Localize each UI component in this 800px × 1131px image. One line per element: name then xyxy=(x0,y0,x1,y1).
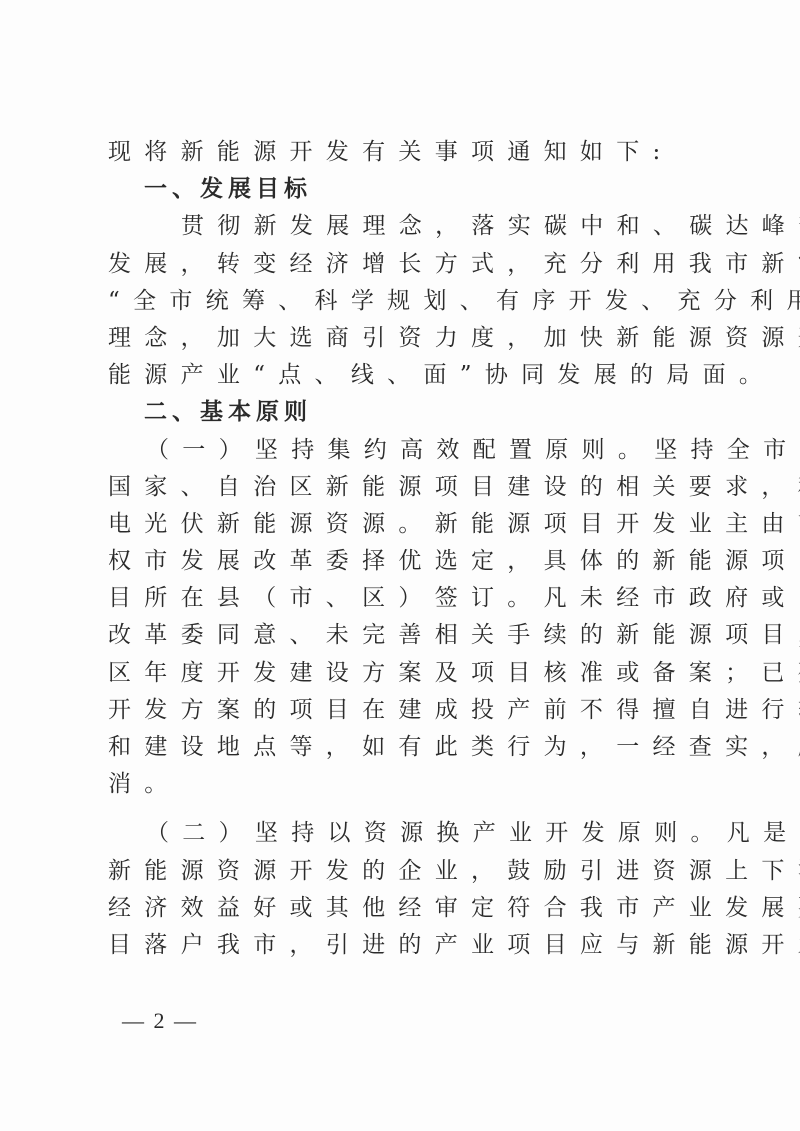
paragraph-line: 贯彻新发展理念，落实碳中和、碳达峰部署要求，加快绿色 xyxy=(108,208,700,245)
section-1-heading: 一、发展目标 xyxy=(108,171,700,208)
paragraph-line: 区年度开发建设方案及项目核准或备案；已列入自治区年度建设 xyxy=(108,655,700,692)
intro-line: 现将新能源开发有关事项通知如下: xyxy=(108,134,700,171)
paragraph-gap xyxy=(108,803,700,815)
document-page: 现将新能源开发有关事项通知如下: 一、发展目标 贯彻新发展理念，落实碳中和、碳达… xyxy=(108,134,700,964)
paragraph-line: 新能源资源开发的企业，鼓励引进资源上下游链条投资规模大、 xyxy=(108,853,700,890)
page-number: — 2 — xyxy=(122,1008,198,1034)
paragraph-line: （一）坚持集约高效配置原则。坚持全市一盘棋，严格按照 xyxy=(108,432,700,469)
paragraph-line: 国家、自治区新能源项目建设的相关要求，科学有序开发我市风 xyxy=(108,469,700,506)
paragraph-line: 开发方案的项目在建成投产前不得擅自进行转让、变更项目业主 xyxy=(108,692,700,729)
paragraph-line: 电光伏新能源资源。新能源项目开发业主由市政府或由市政府授 xyxy=(108,506,700,543)
paragraph-line: 经济效益好或其他经审定符合我市产业发展要求的优质产业项 xyxy=(108,890,700,927)
paragraph-line: 能源产业“点、线、面”协同发展的局面。 xyxy=(108,357,700,394)
paragraph-line: “全市统筹、科学规划、有序开发、充分利用、以资源换产业” xyxy=(108,283,700,320)
paragraph-line: 目落户我市，引进的产业项目应与新能源开发项目同步建设或先 xyxy=(108,927,700,964)
paragraph-line: 权市发展改革委择优选定，具体的新能源项目投资建设合同由项 xyxy=(108,543,700,580)
paragraph-line: 和建设地点等，如有此类行为，一经查实，所涉及的项目一律取 xyxy=(108,729,700,766)
paragraph-line: 目所在县（市、区）签订。凡未经市政府或由市政府授权市发展 xyxy=(108,580,700,617)
section-2-heading: 二、基本原则 xyxy=(108,394,700,431)
paragraph-line: 改革委同意、未完善相关手续的新能源项目，不得申报纳入自治 xyxy=(108,617,700,654)
paragraph-line: 发展，转变经济增长方式，充分利用我市新能源资源优势，紧扣 xyxy=(108,246,700,283)
paragraph-line: 理念，加大选商引资力度，加快新能源资源开发和利用，形成新 xyxy=(108,320,700,357)
paragraph-line: （二）坚持以资源换产业开发原则。凡是参与我市风电光伏 xyxy=(108,815,700,852)
paragraph-line: 消。 xyxy=(108,766,700,803)
